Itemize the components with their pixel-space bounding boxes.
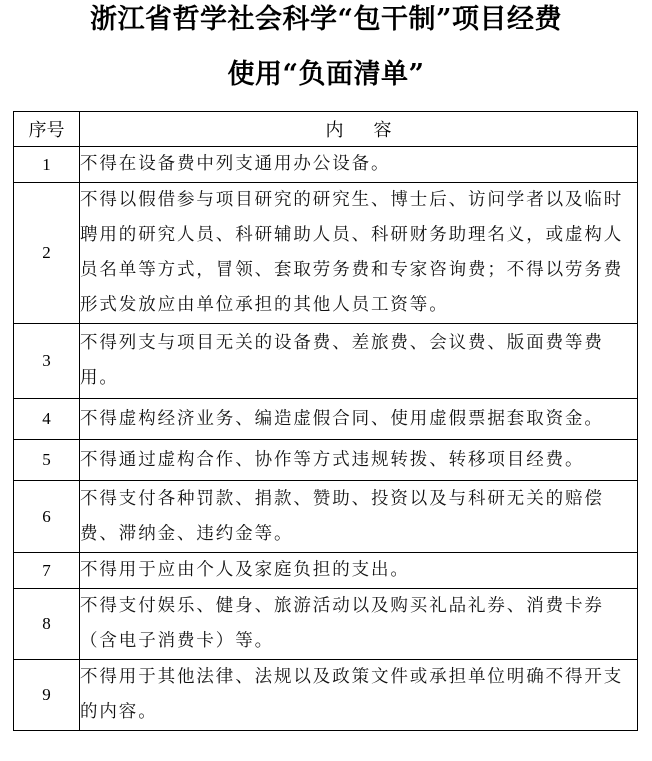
header-content-part1: 内	[326, 120, 344, 141]
row-index: 5	[14, 440, 80, 481]
row-content: 不得在设备费中列支通用办公设备。	[80, 147, 638, 183]
row-content: 不得虚构经济业务、编造虚假合同、使用虚假票据套取资金。	[80, 399, 638, 440]
header-content: 内容	[80, 112, 638, 147]
negative-list-table: 序号 内容 1 不得在设备费中列支通用办公设备。 2 不得以假借参与项目研究的研…	[13, 111, 638, 731]
table-row: 4 不得虚构经济业务、编造虚假合同、使用虚假票据套取资金。	[14, 399, 638, 440]
row-content: 不得用于应由个人及家庭负担的支出。	[80, 553, 638, 589]
table-row: 2 不得以假借参与项目研究的研究生、博士后、访问学者以及临时聘用的研究人员、科研…	[14, 183, 638, 324]
header-index: 序号	[14, 112, 80, 147]
row-content: 不得支付娱乐、健身、旅游活动以及购买礼品礼券、消费卡券（含电子消费卡）等。	[80, 589, 638, 660]
row-content: 不得以假借参与项目研究的研究生、博士后、访问学者以及临时聘用的研究人员、科研辅助…	[80, 183, 638, 324]
row-index: 6	[14, 481, 80, 553]
row-content: 不得用于其他法律、法规以及政策文件或承担单位明确不得开支的内容。	[80, 660, 638, 731]
row-index: 8	[14, 589, 80, 660]
row-content: 不得列支与项目无关的设备费、差旅费、会议费、版面费等费用。	[80, 324, 638, 399]
row-index: 1	[14, 147, 80, 183]
table-row: 7 不得用于应由个人及家庭负担的支出。	[14, 553, 638, 589]
row-index: 2	[14, 183, 80, 324]
table-row: 1 不得在设备费中列支通用办公设备。	[14, 147, 638, 183]
table-row: 9 不得用于其他法律、法规以及政策文件或承担单位明确不得开支的内容。	[14, 660, 638, 731]
table-header-row: 序号 内容	[14, 112, 638, 147]
table-row: 8 不得支付娱乐、健身、旅游活动以及购买礼品礼券、消费卡券（含电子消费卡）等。	[14, 589, 638, 660]
row-content: 不得通过虚构合作、协作等方式违规转拨、转移项目经费。	[80, 440, 638, 481]
row-index: 9	[14, 660, 80, 731]
document-title-line-2: 使用“负面清单”	[0, 55, 652, 95]
row-index: 4	[14, 399, 80, 440]
header-content-part2: 容	[374, 120, 392, 141]
table-row: 5 不得通过虚构合作、协作等方式违规转拨、转移项目经费。	[14, 440, 638, 481]
row-index: 7	[14, 553, 80, 589]
row-content: 不得支付各种罚款、捐款、赞助、投资以及与科研无关的赔偿费、滞纳金、违约金等。	[80, 481, 638, 553]
document-title-line-1: 浙江省哲学社会科学“包干制”项目经费	[0, 0, 652, 40]
row-index: 3	[14, 324, 80, 399]
table-row: 3 不得列支与项目无关的设备费、差旅费、会议费、版面费等费用。	[14, 324, 638, 399]
table-row: 6 不得支付各种罚款、捐款、赞助、投资以及与科研无关的赔偿费、滞纳金、违约金等。	[14, 481, 638, 553]
